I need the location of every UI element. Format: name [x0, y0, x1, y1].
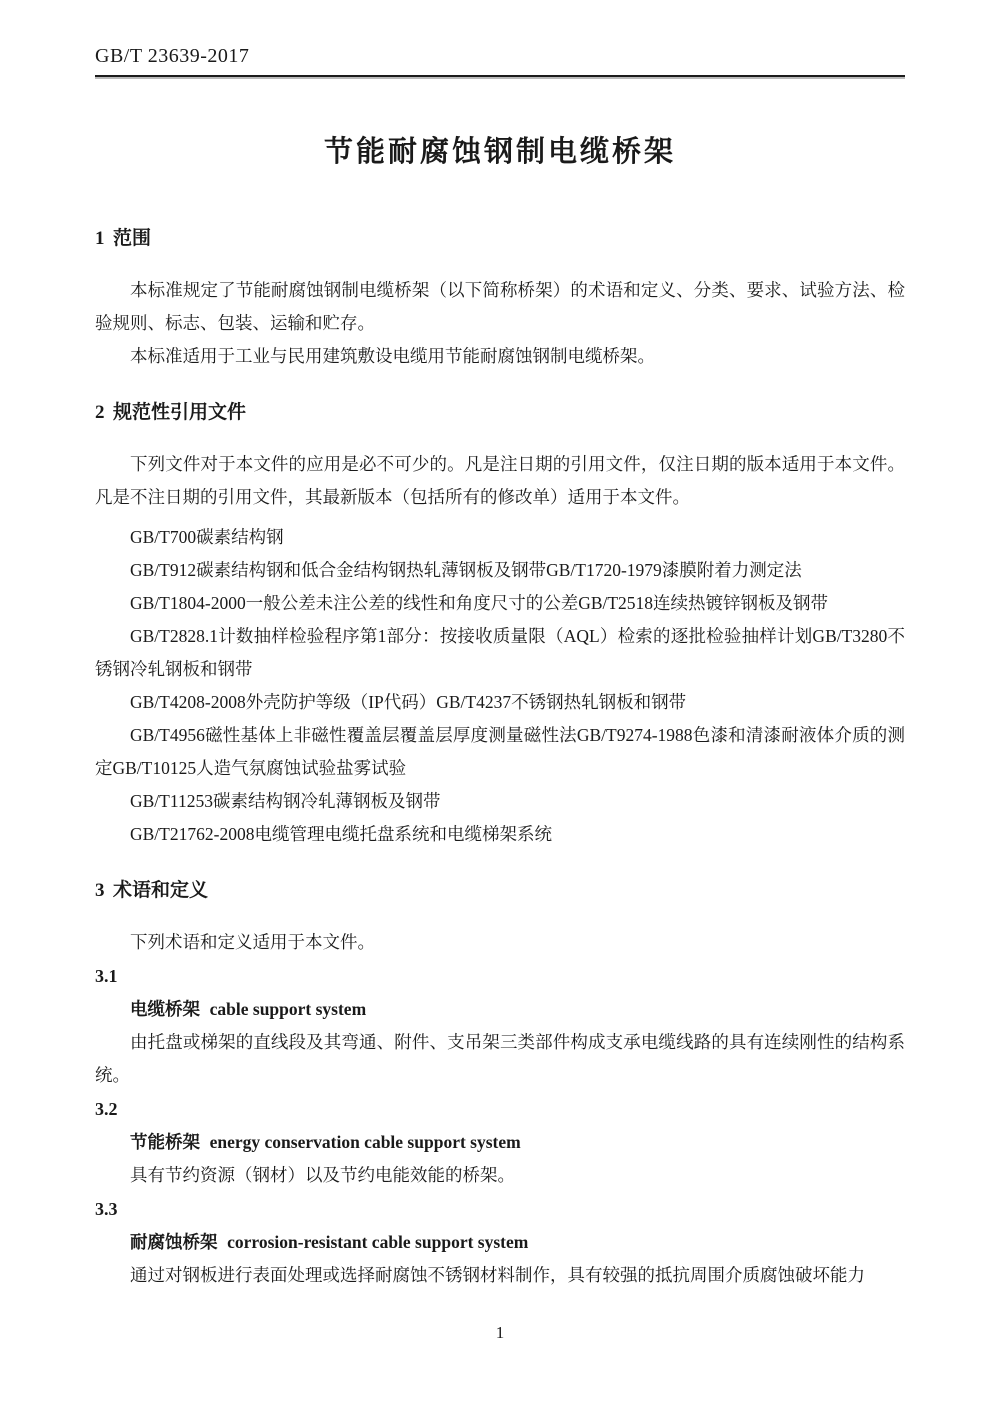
section-title: 范围 [113, 228, 151, 249]
reference-item: GB/T21762-2008电缆管理电缆托盘系统和电缆梯架系统 [95, 818, 905, 851]
term-heading: 电缆桥架cable support system [95, 993, 905, 1026]
scope-paragraph: 本标准适用于工业与民用建筑敷设电缆用节能耐腐蚀钢制电缆桥架。 [95, 340, 905, 373]
term-entry-3-2: 3.2 节能桥架energy conservation cable suppor… [95, 1093, 905, 1192]
section-number: 2 [95, 402, 105, 423]
reference-item: GB/T700碳素结构钢 [95, 521, 905, 554]
doc-code: GB/T 23639-2017 [95, 44, 905, 68]
term-heading: 节能桥架energy conservation cable support sy… [95, 1126, 905, 1159]
reference-item: GB/T11253碳素结构钢冷轧薄钢板及钢带 [95, 785, 905, 818]
section-normative-references: 2规范性引用文件 下列文件对于本文件的应用是必不可少的。凡是注日期的引用文件，仅… [95, 400, 905, 851]
terms-intro-paragraph: 下列术语和定义适用于本文件。 [95, 926, 905, 959]
page-title: 节能耐腐蚀钢制电缆桥架 [95, 134, 905, 170]
term-zh: 节能桥架 [130, 1132, 200, 1152]
reference-item: GB/T912碳素结构钢和低合金结构钢热轧薄钢板及钢带GB/T1720-1979… [95, 554, 905, 587]
term-en: cable support system [210, 999, 367, 1019]
page-number: 1 [0, 1322, 1000, 1344]
document-page: GB/T 23639-2017 节能耐腐蚀钢制电缆桥架 1范围 本标准规定了节能… [0, 0, 1000, 1414]
section-terms-definitions: 3术语和定义 下列术语和定义适用于本文件。 3.1 电缆桥架cable supp… [95, 878, 905, 1292]
term-definition: 由托盘或梯架的直线段及其弯通、附件、支吊架三类部件构成支承电缆线路的具有连续刚性… [95, 1026, 905, 1092]
section-references-heading: 2规范性引用文件 [95, 400, 905, 426]
term-number: 3.3 [95, 1193, 905, 1226]
reference-item: GB/T4956磁性基体上非磁性覆盖层覆盖层厚度测量磁性法GB/T9274-19… [95, 719, 905, 785]
reference-item: GB/T4208-2008外壳防护等级（IP代码）GB/T4237不锈钢热轧钢板… [95, 686, 905, 719]
reference-list: GB/T700碳素结构钢 GB/T912碳素结构钢和低合金结构钢热轧薄钢板及钢带… [95, 521, 905, 851]
term-heading: 耐腐蚀桥架corrosion-resistant cable support s… [95, 1226, 905, 1259]
term-zh: 电缆桥架 [130, 999, 200, 1019]
page-header: GB/T 23639-2017 [95, 44, 905, 77]
term-zh: 耐腐蚀桥架 [130, 1232, 218, 1252]
term-en: corrosion-resistant cable support system [227, 1232, 528, 1252]
term-number: 3.2 [95, 1093, 905, 1126]
term-definition: 具有节约资源（钢材）以及节约电能效能的桥架。 [95, 1159, 905, 1192]
section-terms-heading: 3术语和定义 [95, 878, 905, 904]
term-number: 3.1 [95, 960, 905, 993]
term-en: energy conservation cable support system [210, 1132, 521, 1152]
section-title: 规范性引用文件 [113, 402, 246, 423]
header-rule [95, 75, 905, 77]
reference-item: GB/T2828.1计数抽样检验程序第1部分：按接收质量限（AQL）检索的逐批检… [95, 620, 905, 686]
section-number: 1 [95, 228, 105, 249]
term-entry-3-1: 3.1 电缆桥架cable support system 由托盘或梯架的直线段及… [95, 960, 905, 1092]
scope-paragraph: 本标准规定了节能耐腐蚀钢制电缆桥架（以下简称桥架）的术语和定义、分类、要求、试验… [95, 274, 905, 340]
section-scope-heading: 1范围 [95, 226, 905, 252]
section-scope: 1范围 本标准规定了节能耐腐蚀钢制电缆桥架（以下简称桥架）的术语和定义、分类、要… [95, 226, 905, 373]
references-intro-paragraph: 下列文件对于本文件的应用是必不可少的。凡是注日期的引用文件，仅注日期的版本适用于… [95, 448, 905, 514]
section-number: 3 [95, 880, 105, 901]
term-entry-3-3: 3.3 耐腐蚀桥架corrosion-resistant cable suppo… [95, 1193, 905, 1292]
term-definition: 通过对钢板进行表面处理或选择耐腐蚀不锈钢材料制作，具有较强的抵抗周围介质腐蚀破坏… [95, 1259, 905, 1292]
reference-item: GB/T1804-2000一般公差未注公差的线性和角度尺寸的公差GB/T2518… [95, 587, 905, 620]
section-title: 术语和定义 [113, 880, 208, 901]
